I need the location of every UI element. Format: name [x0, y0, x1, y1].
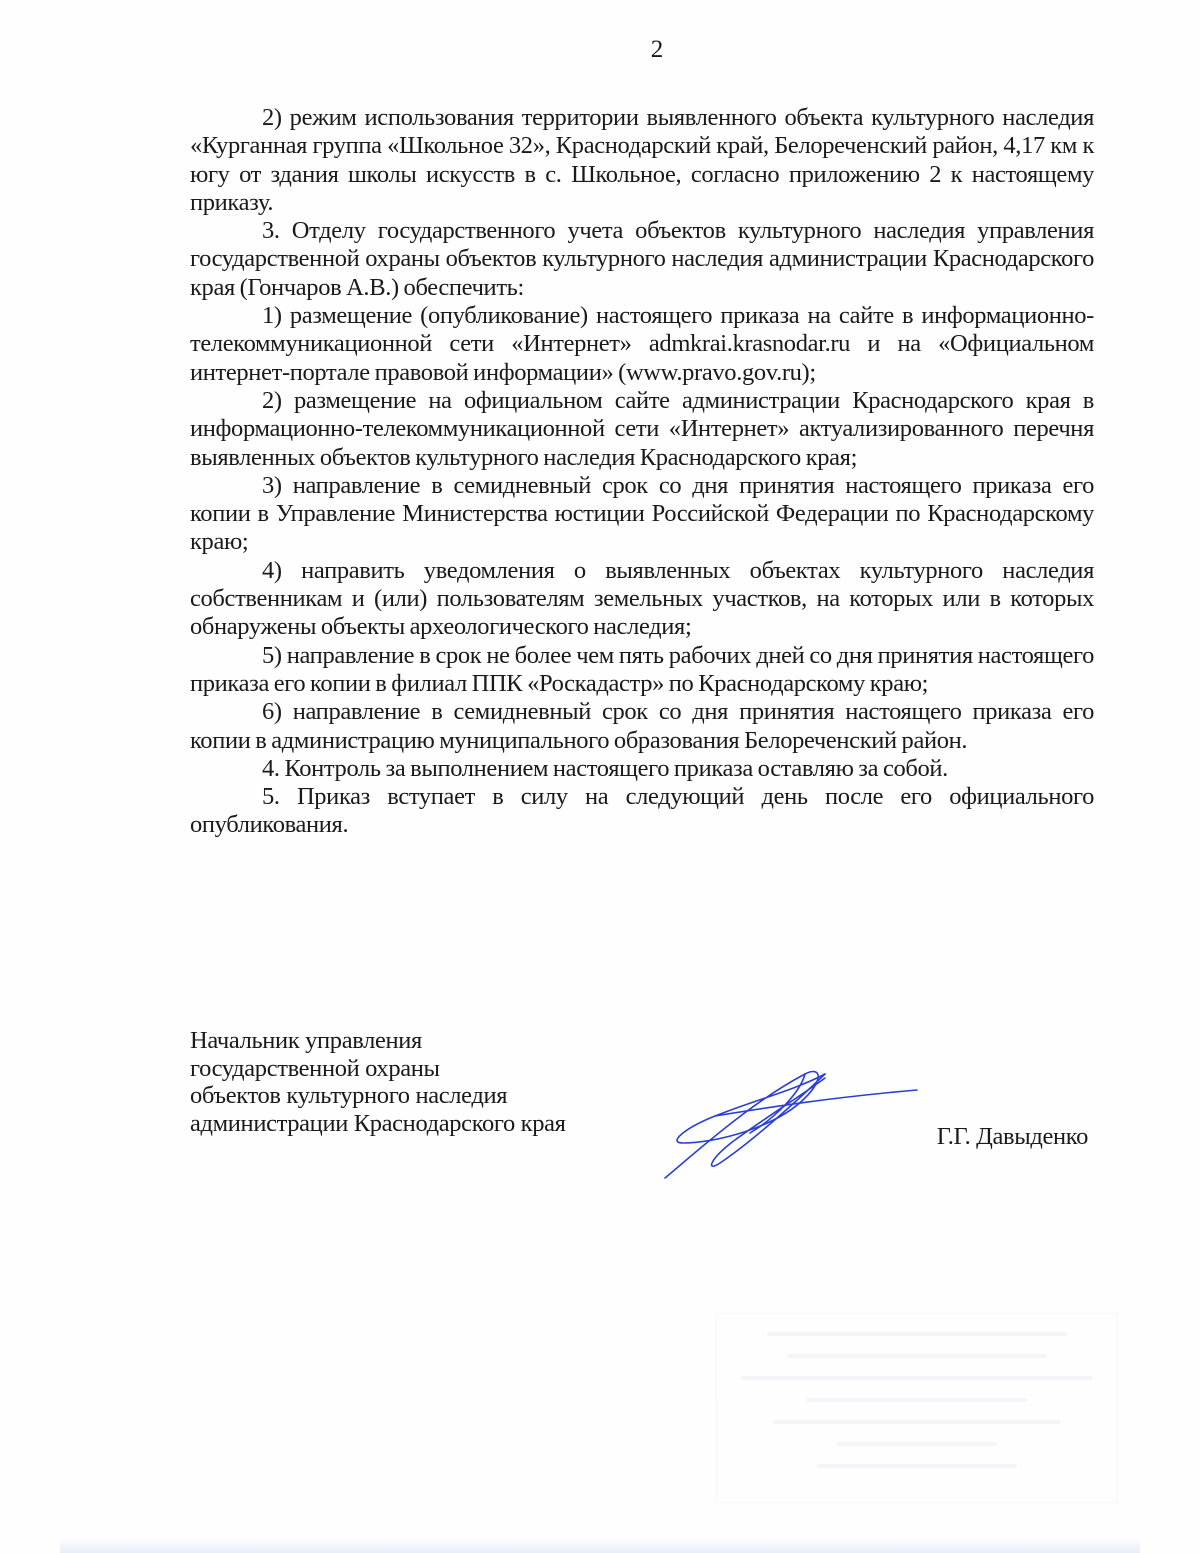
paragraph-usage-regime: 2) режим использования территории выявле…	[190, 104, 1094, 217]
document-page: 2 2) режим использования территории выяв…	[0, 0, 1200, 1553]
signatory-name: Г.Г. Давыденко	[937, 1123, 1088, 1151]
faded-stamp	[716, 1313, 1118, 1503]
signatory-title-line: государственной охраны	[190, 1055, 1094, 1083]
page-number: 2	[0, 36, 1200, 64]
paragraph-item-3-1: 1) размещение (опубликование) настоящего…	[190, 302, 1094, 387]
paragraph-item-3-4: 4) направить уведомления о выявленных об…	[190, 557, 1094, 642]
paragraph-item-3-5: 5) направление в срок не более чем пять …	[190, 642, 1094, 699]
scan-edge-artifact	[60, 1538, 1140, 1553]
paragraph-item-5: 5. Приказ вступает в силу на следующий д…	[190, 783, 1094, 840]
paragraph-item-3-2: 2) размещение на официальном сайте админ…	[190, 387, 1094, 472]
paragraph-item-3-3: 3) направление в семидневный срок со дня…	[190, 472, 1094, 557]
paragraph-item-3-6: 6) направление в семидневный срок со дня…	[190, 698, 1094, 755]
signatory-title-line: Начальник управления	[190, 1027, 1094, 1055]
paragraph-item-4: 4. Контроль за выполнением настоящего пр…	[190, 755, 1094, 783]
signatory-title-line: объектов культурного наследия	[190, 1082, 1094, 1110]
handwritten-signature-icon	[655, 1058, 925, 1183]
paragraph-item-3: 3. Отделу государственного учета объекто…	[190, 217, 1094, 302]
document-body: 2) режим использования территории выявле…	[190, 104, 1094, 840]
signature-block: Начальник управления государственной охр…	[190, 1027, 1094, 1197]
